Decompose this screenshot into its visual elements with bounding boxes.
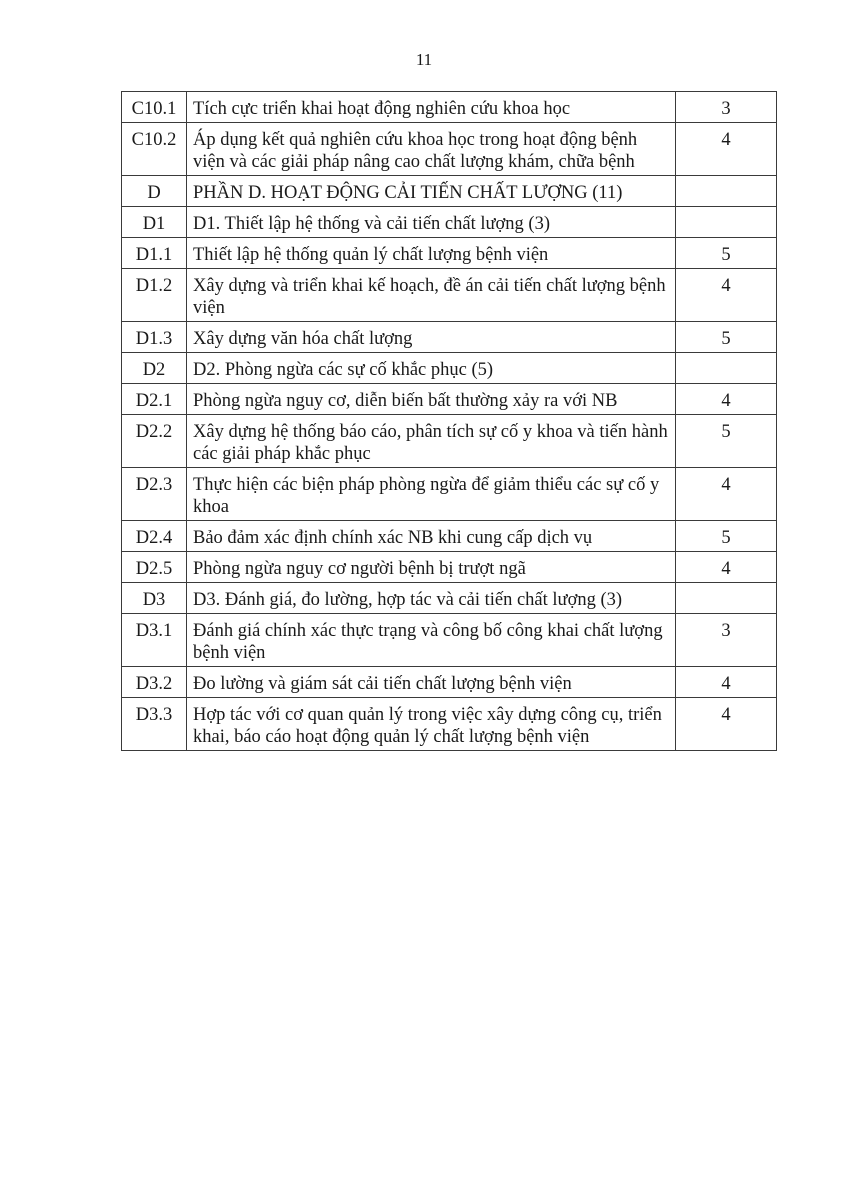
criterion-code: D1.1 bbox=[122, 238, 187, 269]
criterion-code: D3.1 bbox=[122, 614, 187, 667]
criterion-score: 4 bbox=[676, 468, 777, 521]
criterion-score bbox=[676, 583, 777, 614]
criterion-code: D2.5 bbox=[122, 552, 187, 583]
criterion-score: 4 bbox=[676, 269, 777, 322]
page-number: 11 bbox=[0, 50, 848, 70]
table-row: D3.1Đánh giá chính xác thực trạng và côn… bbox=[122, 614, 777, 667]
table-row: C10.1Tích cực triển khai hoạt động nghiê… bbox=[122, 92, 777, 123]
group-header-row: D1D1. Thiết lập hệ thống và cải tiến chấ… bbox=[122, 207, 777, 238]
table-row: D1.1Thiết lập hệ thống quản lý chất lượn… bbox=[122, 238, 777, 269]
table-row: D1.2Xây dựng và triển khai kế hoạch, đề … bbox=[122, 269, 777, 322]
group-title: D1. Thiết lập hệ thống và cải tiến chất … bbox=[187, 207, 676, 238]
criterion-score: 4 bbox=[676, 667, 777, 698]
criterion-score: 5 bbox=[676, 415, 777, 468]
criterion-score: 3 bbox=[676, 92, 777, 123]
group-code: D1 bbox=[122, 207, 187, 238]
criterion-text: Thực hiện các biện pháp phòng ngừa để gi… bbox=[187, 468, 676, 521]
criterion-code: D3.3 bbox=[122, 698, 187, 751]
criterion-text: Xây dựng văn hóa chất lượng bbox=[187, 322, 676, 353]
group-title: D3. Đánh giá, đo lường, hợp tác và cải t… bbox=[187, 583, 676, 614]
table-row: D2.4Bảo đảm xác định chính xác NB khi cu… bbox=[122, 521, 777, 552]
criterion-text: Phòng ngừa nguy cơ, diễn biến bất thường… bbox=[187, 384, 676, 415]
criterion-score: 4 bbox=[676, 123, 777, 176]
criterion-code: D1.3 bbox=[122, 322, 187, 353]
criterion-score: 3 bbox=[676, 614, 777, 667]
criterion-score: 4 bbox=[676, 552, 777, 583]
table-row: D2.2Xây dựng hệ thống báo cáo, phân tích… bbox=[122, 415, 777, 468]
group-code: D3 bbox=[122, 583, 187, 614]
criteria-table: C10.1Tích cực triển khai hoạt động nghiê… bbox=[121, 91, 777, 751]
criterion-text: Hợp tác với cơ quan quản lý trong việc x… bbox=[187, 698, 676, 751]
criterion-score bbox=[676, 207, 777, 238]
criterion-text: Xây dựng và triển khai kế hoạch, đề án c… bbox=[187, 269, 676, 322]
criterion-code: D2.2 bbox=[122, 415, 187, 468]
group-code: D2 bbox=[122, 353, 187, 384]
criterion-code: D1.2 bbox=[122, 269, 187, 322]
section-code: D bbox=[122, 176, 187, 207]
criterion-code: D3.2 bbox=[122, 667, 187, 698]
criterion-text: Bảo đảm xác định chính xác NB khi cung c… bbox=[187, 521, 676, 552]
table-row: C10.2Áp dụng kết quả nghiên cứu khoa học… bbox=[122, 123, 777, 176]
criterion-text: Tích cực triển khai hoạt động nghiên cứu… bbox=[187, 92, 676, 123]
criterion-code: D2.3 bbox=[122, 468, 187, 521]
group-header-row: D2D2. Phòng ngừa các sự cố khắc phục (5) bbox=[122, 353, 777, 384]
criterion-text: Phòng ngừa nguy cơ người bệnh bị trượt n… bbox=[187, 552, 676, 583]
criterion-text: Đo lường và giám sát cải tiến chất lượng… bbox=[187, 667, 676, 698]
criterion-score: 5 bbox=[676, 322, 777, 353]
criterion-score: 5 bbox=[676, 238, 777, 269]
criteria-table-body: C10.1Tích cực triển khai hoạt động nghiê… bbox=[122, 92, 777, 751]
group-title: D2. Phòng ngừa các sự cố khắc phục (5) bbox=[187, 353, 676, 384]
criterion-text: Thiết lập hệ thống quản lý chất lượng bệ… bbox=[187, 238, 676, 269]
table-row: D3.2Đo lường và giám sát cải tiến chất l… bbox=[122, 667, 777, 698]
table-row: D2.1Phòng ngừa nguy cơ, diễn biến bất th… bbox=[122, 384, 777, 415]
criterion-text: Áp dụng kết quả nghiên cứu khoa học tron… bbox=[187, 123, 676, 176]
criterion-score: 4 bbox=[676, 698, 777, 751]
group-header-row: D3D3. Đánh giá, đo lường, hợp tác và cải… bbox=[122, 583, 777, 614]
criterion-text: Xây dựng hệ thống báo cáo, phân tích sự … bbox=[187, 415, 676, 468]
criterion-text: Đánh giá chính xác thực trạng và công bố… bbox=[187, 614, 676, 667]
criterion-score bbox=[676, 353, 777, 384]
criterion-code: C10.1 bbox=[122, 92, 187, 123]
criterion-code: D2.4 bbox=[122, 521, 187, 552]
table-row: D1.3Xây dựng văn hóa chất lượng5 bbox=[122, 322, 777, 353]
criterion-score: 5 bbox=[676, 521, 777, 552]
section-title: PHẦN D. HOẠT ĐỘNG CẢI TIẾN CHẤT LƯỢNG (1… bbox=[187, 176, 676, 207]
criterion-code: C10.2 bbox=[122, 123, 187, 176]
criterion-code: D2.1 bbox=[122, 384, 187, 415]
criterion-score: 4 bbox=[676, 384, 777, 415]
section-header-row: DPHẦN D. HOẠT ĐỘNG CẢI TIẾN CHẤT LƯỢNG (… bbox=[122, 176, 777, 207]
criterion-score bbox=[676, 176, 777, 207]
table-row: D2.3Thực hiện các biện pháp phòng ngừa đ… bbox=[122, 468, 777, 521]
table-row: D3.3Hợp tác với cơ quan quản lý trong vi… bbox=[122, 698, 777, 751]
table-row: D2.5Phòng ngừa nguy cơ người bệnh bị trư… bbox=[122, 552, 777, 583]
